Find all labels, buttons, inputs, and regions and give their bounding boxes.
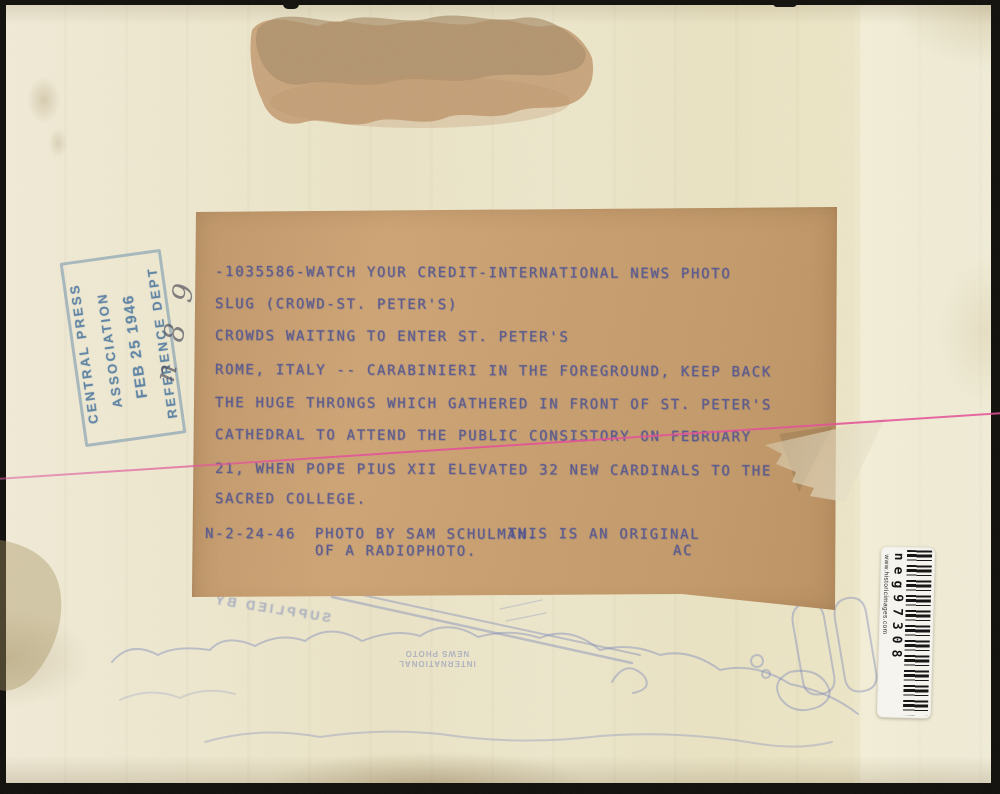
caption-card: -1035586-WATCH YOUR CREDIT-INTERNATIONAL…: [192, 206, 838, 611]
ink-transfer-agency: INTERNATIONAL NEWS PHOTO: [398, 648, 476, 668]
frame-notch: [283, 0, 299, 9]
typed-line: CATHEDRAL TO ATTEND THE PUBLIC CONSISTOR…: [215, 427, 752, 445]
barcode-bars: [903, 550, 932, 716]
credit-line: PHOTO BY SAM SCHULMAN.: [315, 526, 538, 543]
radiophoto-note: OF A RADIOPHOTO.: [315, 543, 477, 560]
neg-date: N-2-24-46: [205, 526, 296, 542]
typed-line: SACRED COLLEGE.: [215, 491, 367, 508]
editor-initials: AC: [673, 543, 693, 559]
typed-line: SLUG (CROWD-ST. PETER'S): [215, 296, 458, 313]
original-note: THIS IS AN ORIGINAL: [508, 526, 701, 543]
typed-line: -1035586-WATCH YOUR CREDIT-INTERNATIONAL…: [215, 264, 732, 282]
barcode-label: www.historicimages.com neg97308: [877, 546, 935, 718]
typed-line: 21, WHEN POPE PIUS XII ELEVATED 32 NEW C…: [215, 461, 772, 479]
typed-line: CROWDS WAITING TO ENTER ST. PETER'S: [215, 328, 570, 346]
ink-transfer-agency-line2: NEWS PHOTO: [405, 649, 470, 658]
frame-notch: [773, 0, 797, 7]
ink-transfer-agency-line1: INTERNATIONAL: [398, 659, 476, 668]
typed-line: THE HUGE THRONGS WHICH GATHERED IN FRONT…: [215, 395, 772, 413]
typed-line: ROME, ITALY -- CARABINIERI IN THE FOREGR…: [215, 362, 772, 380]
